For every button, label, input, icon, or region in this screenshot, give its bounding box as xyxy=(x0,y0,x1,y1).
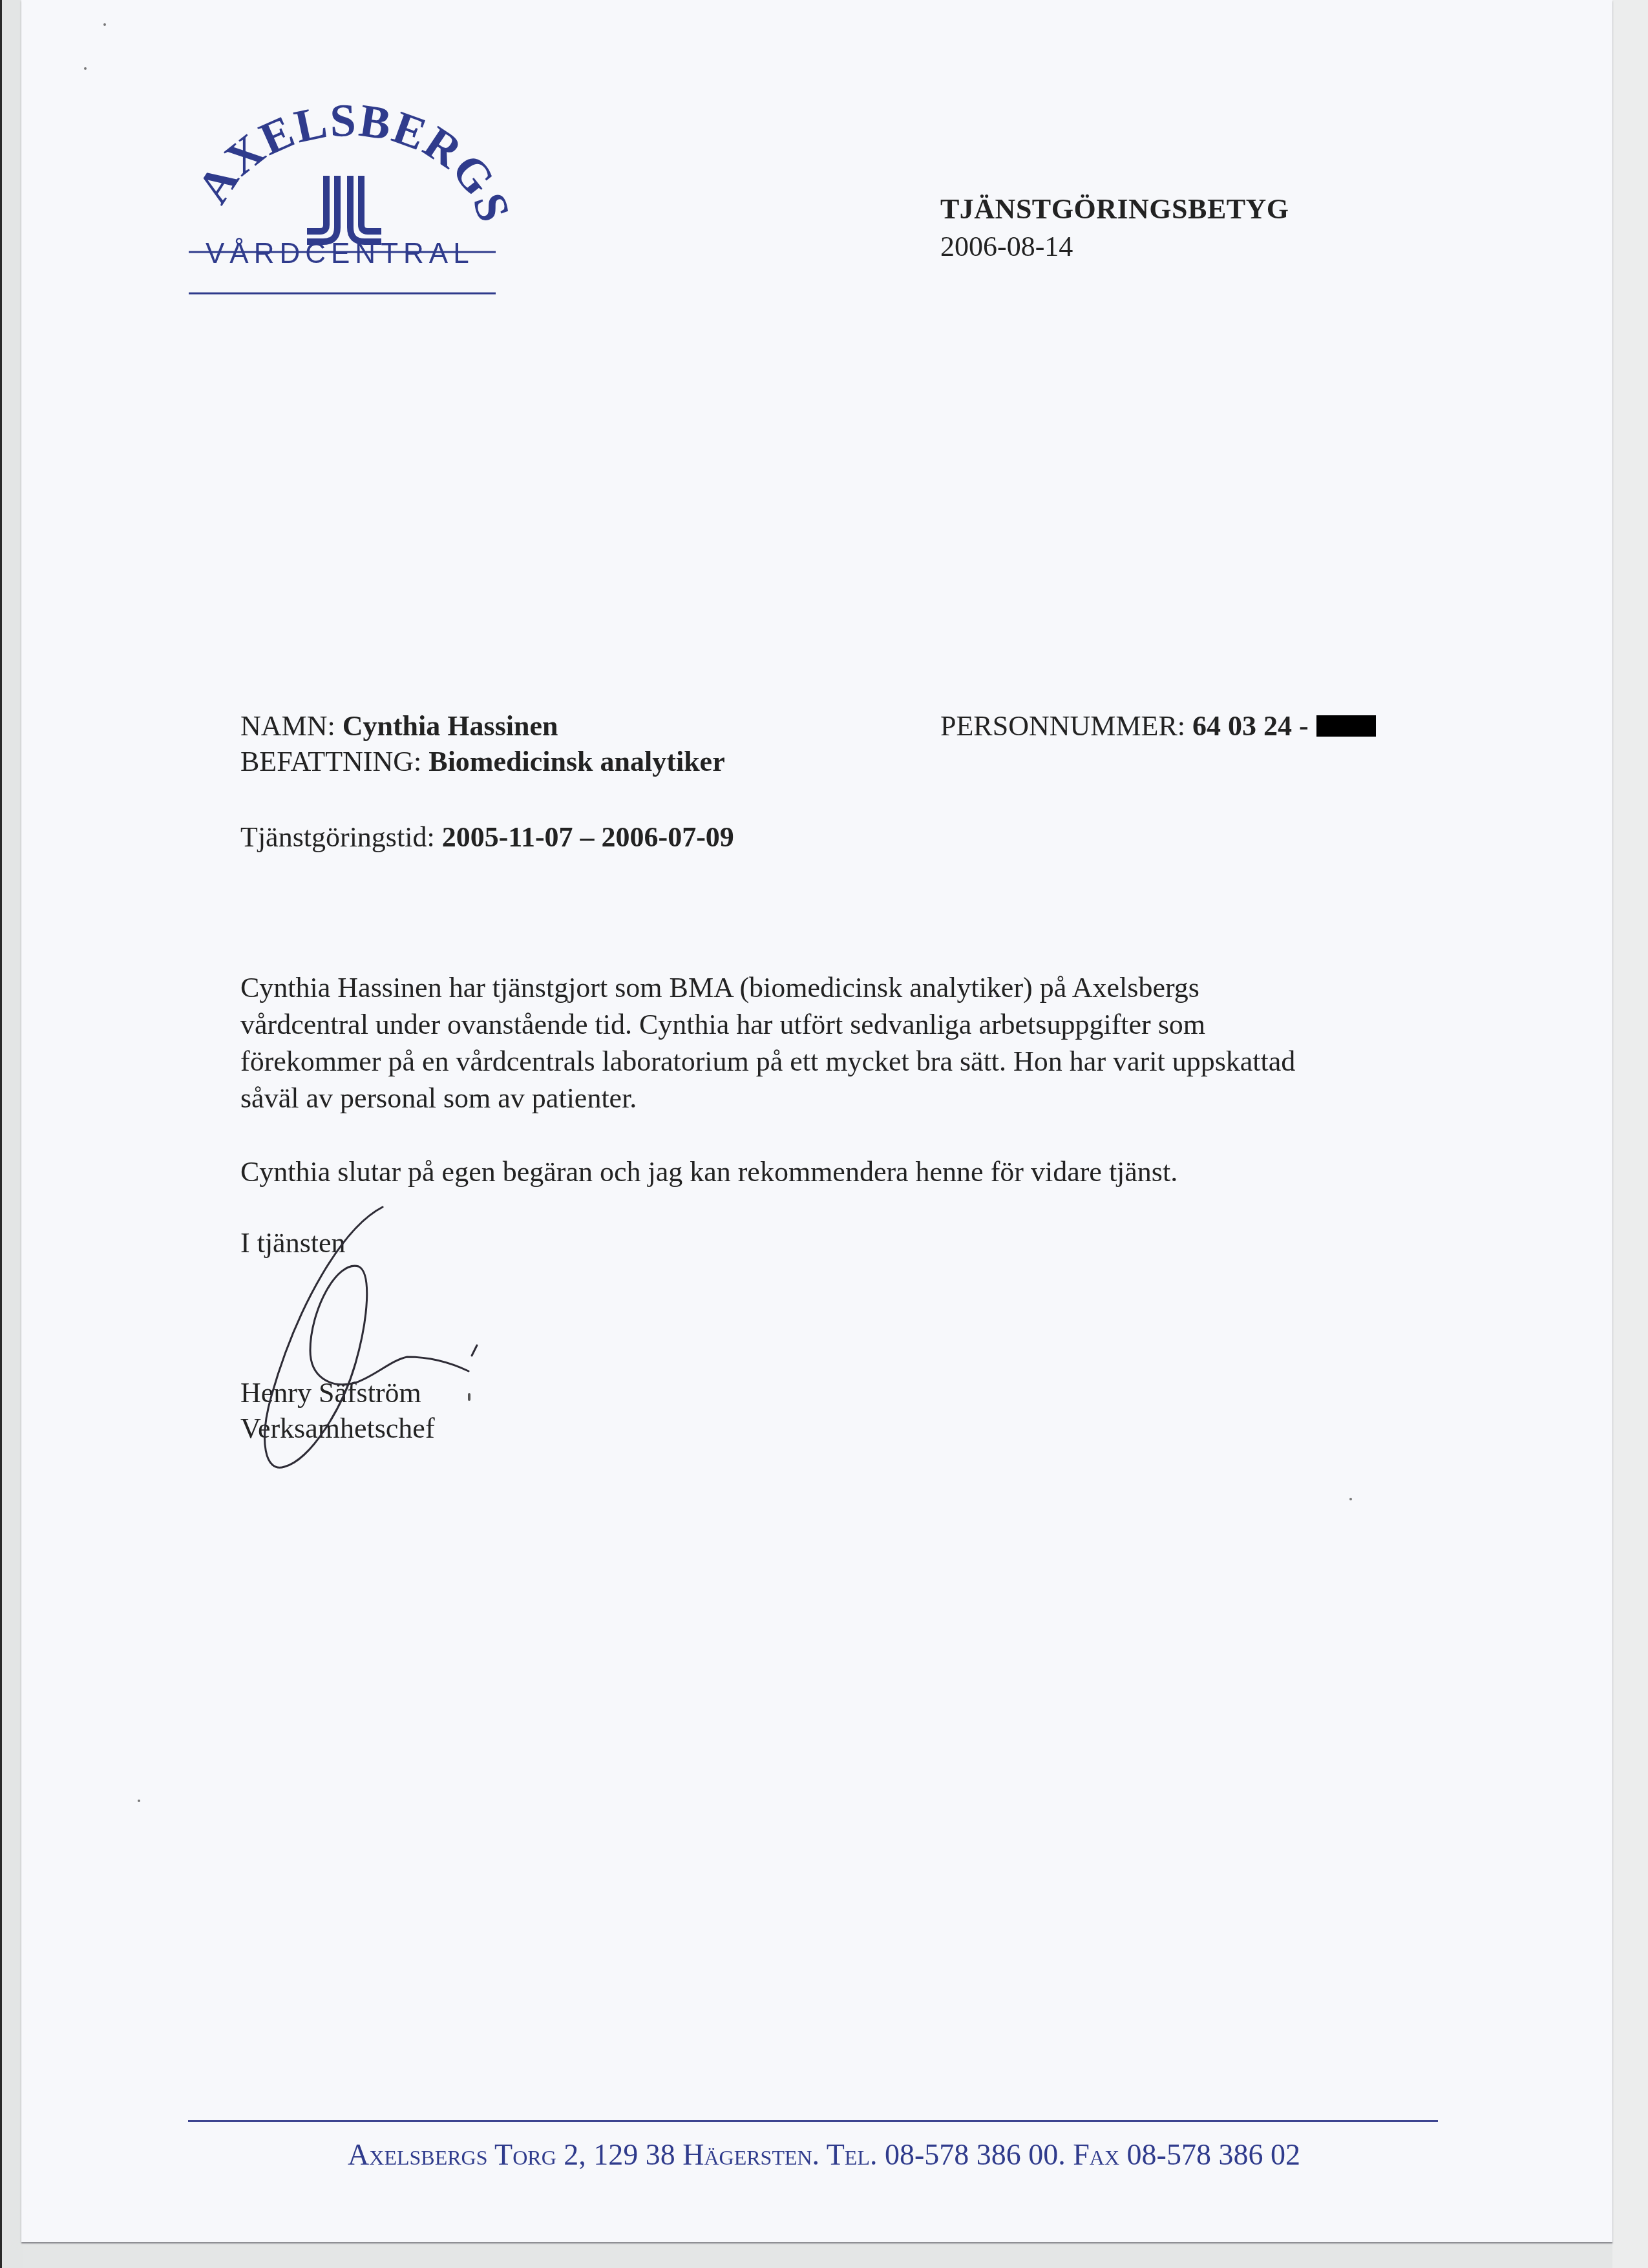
logo-subtitle: VÅRDCENTRAL xyxy=(206,238,496,270)
footer-divider xyxy=(188,2120,1438,2122)
scan-speck xyxy=(84,67,87,70)
document-title: TJÄNSTGÖRINGSBETYG xyxy=(940,193,1289,226)
body-paragraph-1: Cynthia Hassinen har tjänstgjort som BMA… xyxy=(240,969,1468,1117)
personnummer-value: 64 03 24 - xyxy=(1192,710,1309,742)
redaction-block xyxy=(1316,715,1376,737)
personnummer-label: PERSONNUMMER: xyxy=(940,710,1185,742)
svg-text:AXELSBERGS: AXELSBERGS xyxy=(187,94,520,229)
body-paragraph-2: Cynthia slutar på egen begäran och jag k… xyxy=(240,1153,1468,1190)
signer-name: Henry Säfström xyxy=(240,1375,435,1411)
personnummer-field: PERSONNUMMER: 64 03 24 - xyxy=(940,709,1376,742)
scan-left-edge xyxy=(0,0,23,2268)
name-value: Cynthia Hassinen xyxy=(343,710,558,742)
logo-arc-text: AXELSBERGS xyxy=(187,94,520,229)
name-field: NAMN: Cynthia Hassinen xyxy=(240,709,558,742)
letter-body: Cynthia Hassinen har tjänstgjort som BMA… xyxy=(240,969,1468,1190)
scan-right-edge xyxy=(1612,0,1648,2268)
position-label: BEFATTNING: xyxy=(240,746,421,777)
scan-speck xyxy=(103,23,106,26)
letterhead-logo: AXELSBERGS VÅRDCENTRAL xyxy=(194,103,498,297)
document-date: 2006-08-14 xyxy=(940,230,1073,263)
scan-speck xyxy=(1349,1498,1352,1500)
position-field: BEFATTNING: Biomedicinsk analytiker xyxy=(240,745,725,778)
scan-speck xyxy=(138,1800,140,1802)
period-value: 2005-11-07 – 2006-07-09 xyxy=(442,821,734,853)
name-label: NAMN: xyxy=(240,710,335,742)
position-value: Biomedicinsk analytiker xyxy=(428,746,724,777)
period-label: Tjänstgöringstid: xyxy=(240,821,435,853)
closing-salutation: I tjänsten xyxy=(240,1226,346,1259)
footer-address: Axelsbergs Torg 2, 129 38 Hägersten. Tel… xyxy=(0,2137,1648,2172)
signer-block: Henry Säfström Verksamhetschef xyxy=(240,1375,435,1446)
signer-title: Verksamhetschef xyxy=(240,1411,435,1446)
period-field: Tjänstgöringstid: 2005-11-07 – 2006-07-0… xyxy=(240,821,734,854)
